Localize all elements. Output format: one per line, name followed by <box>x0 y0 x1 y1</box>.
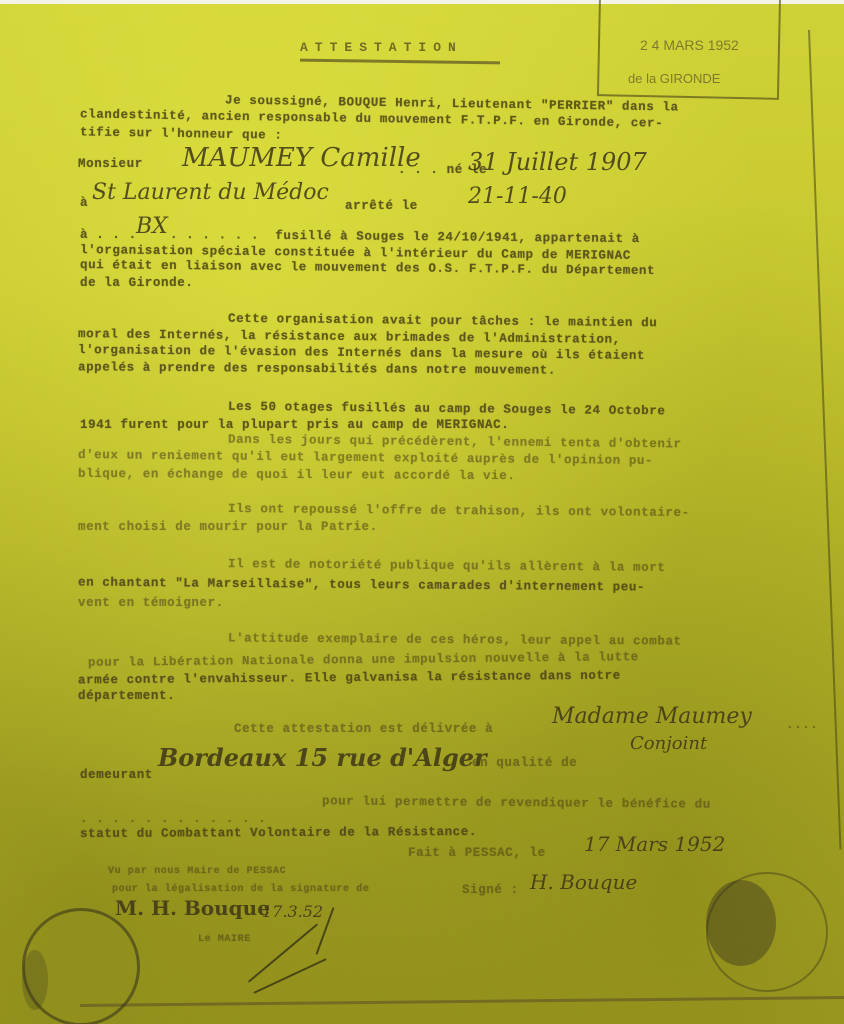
a-label: à <box>80 196 88 210</box>
stamp-date: 2 4 MARS 1952 <box>640 37 739 53</box>
delivery-line-1-dots: .... <box>786 718 818 732</box>
handwritten-signing-date: 17 Mars 1952 <box>584 832 725 856</box>
p3-line-2: 1941 furent pour la plupart pris au camp… <box>80 418 509 432</box>
handwritten-address: Bordeaux 15 rue d'Alger <box>158 743 487 772</box>
stamp-ink-smudge <box>22 950 48 1010</box>
handwritten-name: MAUMEY Camille <box>182 143 421 173</box>
handwritten-arrest-place: BX <box>136 214 168 239</box>
p4-line-2: ment choisi de mourir pour la Patrie. <box>78 520 378 534</box>
mayor-line-2: pour la légalisation de la signature de <box>112 884 369 895</box>
mayor-certification-date: 17.3.52 <box>262 902 323 921</box>
p5-line-3: vent en témoigner. <box>78 596 224 610</box>
place-date-label: Fait à PESSAC, le <box>408 846 546 860</box>
handwritten-signature: H. Bouque <box>530 870 637 894</box>
document-title: ATTESTATION <box>300 40 463 55</box>
p1-line-3: de la Gironde. <box>80 276 193 290</box>
handwritten-relationship: Conjoint <box>630 733 707 754</box>
arrest-place-label: à . . . <box>80 228 137 242</box>
official-seal-outline <box>706 872 828 992</box>
handwritten-birth-place: St Laurent du Médoc <box>92 180 329 205</box>
residence-label: demeurant <box>80 768 153 782</box>
handwritten-arrest-date: 21-11-40 <box>468 184 567 209</box>
mayor-certified-name: M. H. Bouque <box>115 896 270 920</box>
handwritten-birth-date: 31 Juillet 1907 <box>468 148 647 176</box>
p6-line-4: département. <box>78 689 175 703</box>
arrested-label: arrêté le <box>345 199 418 213</box>
delivery-line-4-dots: . . . . . . . . . . . . <box>80 812 266 826</box>
delivery-line-4: statut du Combattant Volontaire de la Ré… <box>80 825 477 841</box>
mayor-title: Le MAIRE <box>198 934 251 945</box>
delivery-line-1: Cette attestation est délivrée à <box>234 722 493 736</box>
signed-label: Signé : <box>462 883 519 897</box>
mayor-line-1: Vu par nous Maire de PESSAC <box>108 866 286 877</box>
handwritten-recipient: Madame Maumey <box>552 704 752 729</box>
stamp-department: de la GIRONDE <box>628 71 720 86</box>
qualite-label: en qualité de <box>472 756 577 770</box>
p3-line-5: blique, en échange de quoi il leur eut a… <box>78 467 516 483</box>
monsieur-label: Monsieur <box>78 157 143 171</box>
